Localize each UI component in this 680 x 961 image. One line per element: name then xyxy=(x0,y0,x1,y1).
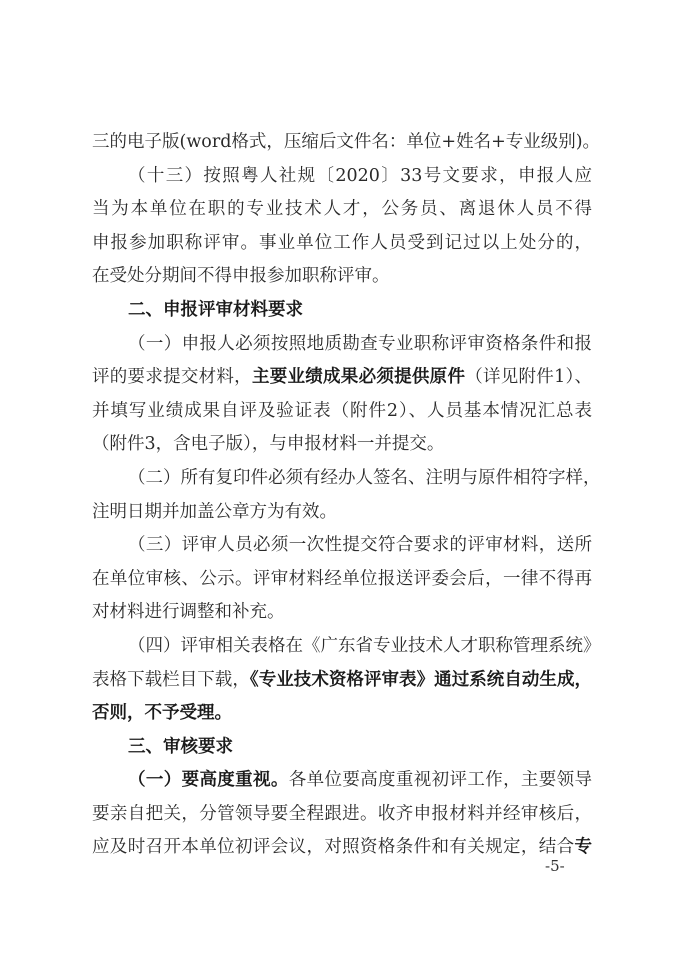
paragraph-line: （一）要高度重视。各单位要高度重视初评工作，主要领导 xyxy=(92,764,592,798)
text-run: 表格下载栏目下载， xyxy=(92,670,250,690)
bold-text-run: 《专业技术资格评审表》通过系统自动生成， xyxy=(250,670,592,690)
section-heading-2: 二、申报评审材料要求 xyxy=(92,294,592,328)
paragraph-line: 评的要求提交材料，主要业绩成果必须提供原件（详见附件1）、 xyxy=(92,361,592,395)
paragraph-line: （一）申报人必须按照地质勘查专业职称评审资格条件和报 xyxy=(92,328,592,362)
bold-text-run: （一）要高度重视。 xyxy=(128,770,289,790)
section-heading-3: 三、审核要求 xyxy=(92,731,592,765)
bold-text-run: 否则，不予受理。 xyxy=(92,703,232,723)
paragraph-line: 注明日期并加盖公章方为有效。 xyxy=(92,496,592,530)
bold-text-run: 主要业绩成果必须提供原件 xyxy=(252,367,465,387)
paragraph-line: （十三）按照粤人社规〔2020〕33号文要求，申报人应 xyxy=(92,160,592,194)
text-run: 评的要求提交材料， xyxy=(92,367,252,387)
paragraph-line: 表格下载栏目下载，《专业技术资格评审表》通过系统自动生成， xyxy=(92,664,592,698)
text-run: 应及时召开本单位初评会议，对照资格条件和有关规定，结合 xyxy=(92,837,575,857)
document-page: 三的电子版(word格式，压缩后文件名：单位+姓名+专业级别)。 （十三）按照粤… xyxy=(92,126,592,865)
page-number: -5- xyxy=(545,857,565,875)
paragraph-line: 在受处分期间不得申报参加职称评审。 xyxy=(92,260,592,294)
paragraph-line: （三）评审人员必须一次性提交符合要求的评审材料，送所 xyxy=(92,529,592,563)
bold-text-run: 专 xyxy=(575,837,593,857)
paragraph-line: 应及时召开本单位初评会议，对照资格条件和有关规定，结合专 xyxy=(92,831,592,865)
text-run: 各单位要高度重视初评工作，主要领导 xyxy=(289,770,592,790)
paragraph-line: 三的电子版(word格式，压缩后文件名：单位+姓名+专业级别)。 xyxy=(92,126,592,160)
text-run: （详见附件1）、 xyxy=(465,367,592,387)
paragraph-line: 当为本单位在职的专业技术人才，公务员、离退休人员不得 xyxy=(92,193,592,227)
paragraph-line: 对材料进行调整和补充。 xyxy=(92,596,592,630)
paragraph-line: 申报参加职称评审。事业单位工作人员受到记过以上处分的， xyxy=(92,227,592,261)
paragraph-line: 否则，不予受理。 xyxy=(92,697,592,731)
paragraph-line: （四）评审相关表格在《广东省专业技术人才职称管理系统》 xyxy=(92,630,592,664)
paragraph-line: 在单位审核、公示。评审材料经单位报送评委会后，一律不得再 xyxy=(92,563,592,597)
paragraph-line: 并填写业绩成果自评及验证表（附件2）、人员基本情况汇总表 xyxy=(92,395,592,429)
paragraph-line: （附件3，含电子版），与申报材料一并提交。 xyxy=(92,428,592,462)
paragraph-line: 要亲自把关，分管领导要全程跟进。收齐申报材料并经审核后， xyxy=(92,798,592,832)
paragraph-line: （二）所有复印件必须有经办人签名、注明与原件相符字样， xyxy=(92,462,592,496)
